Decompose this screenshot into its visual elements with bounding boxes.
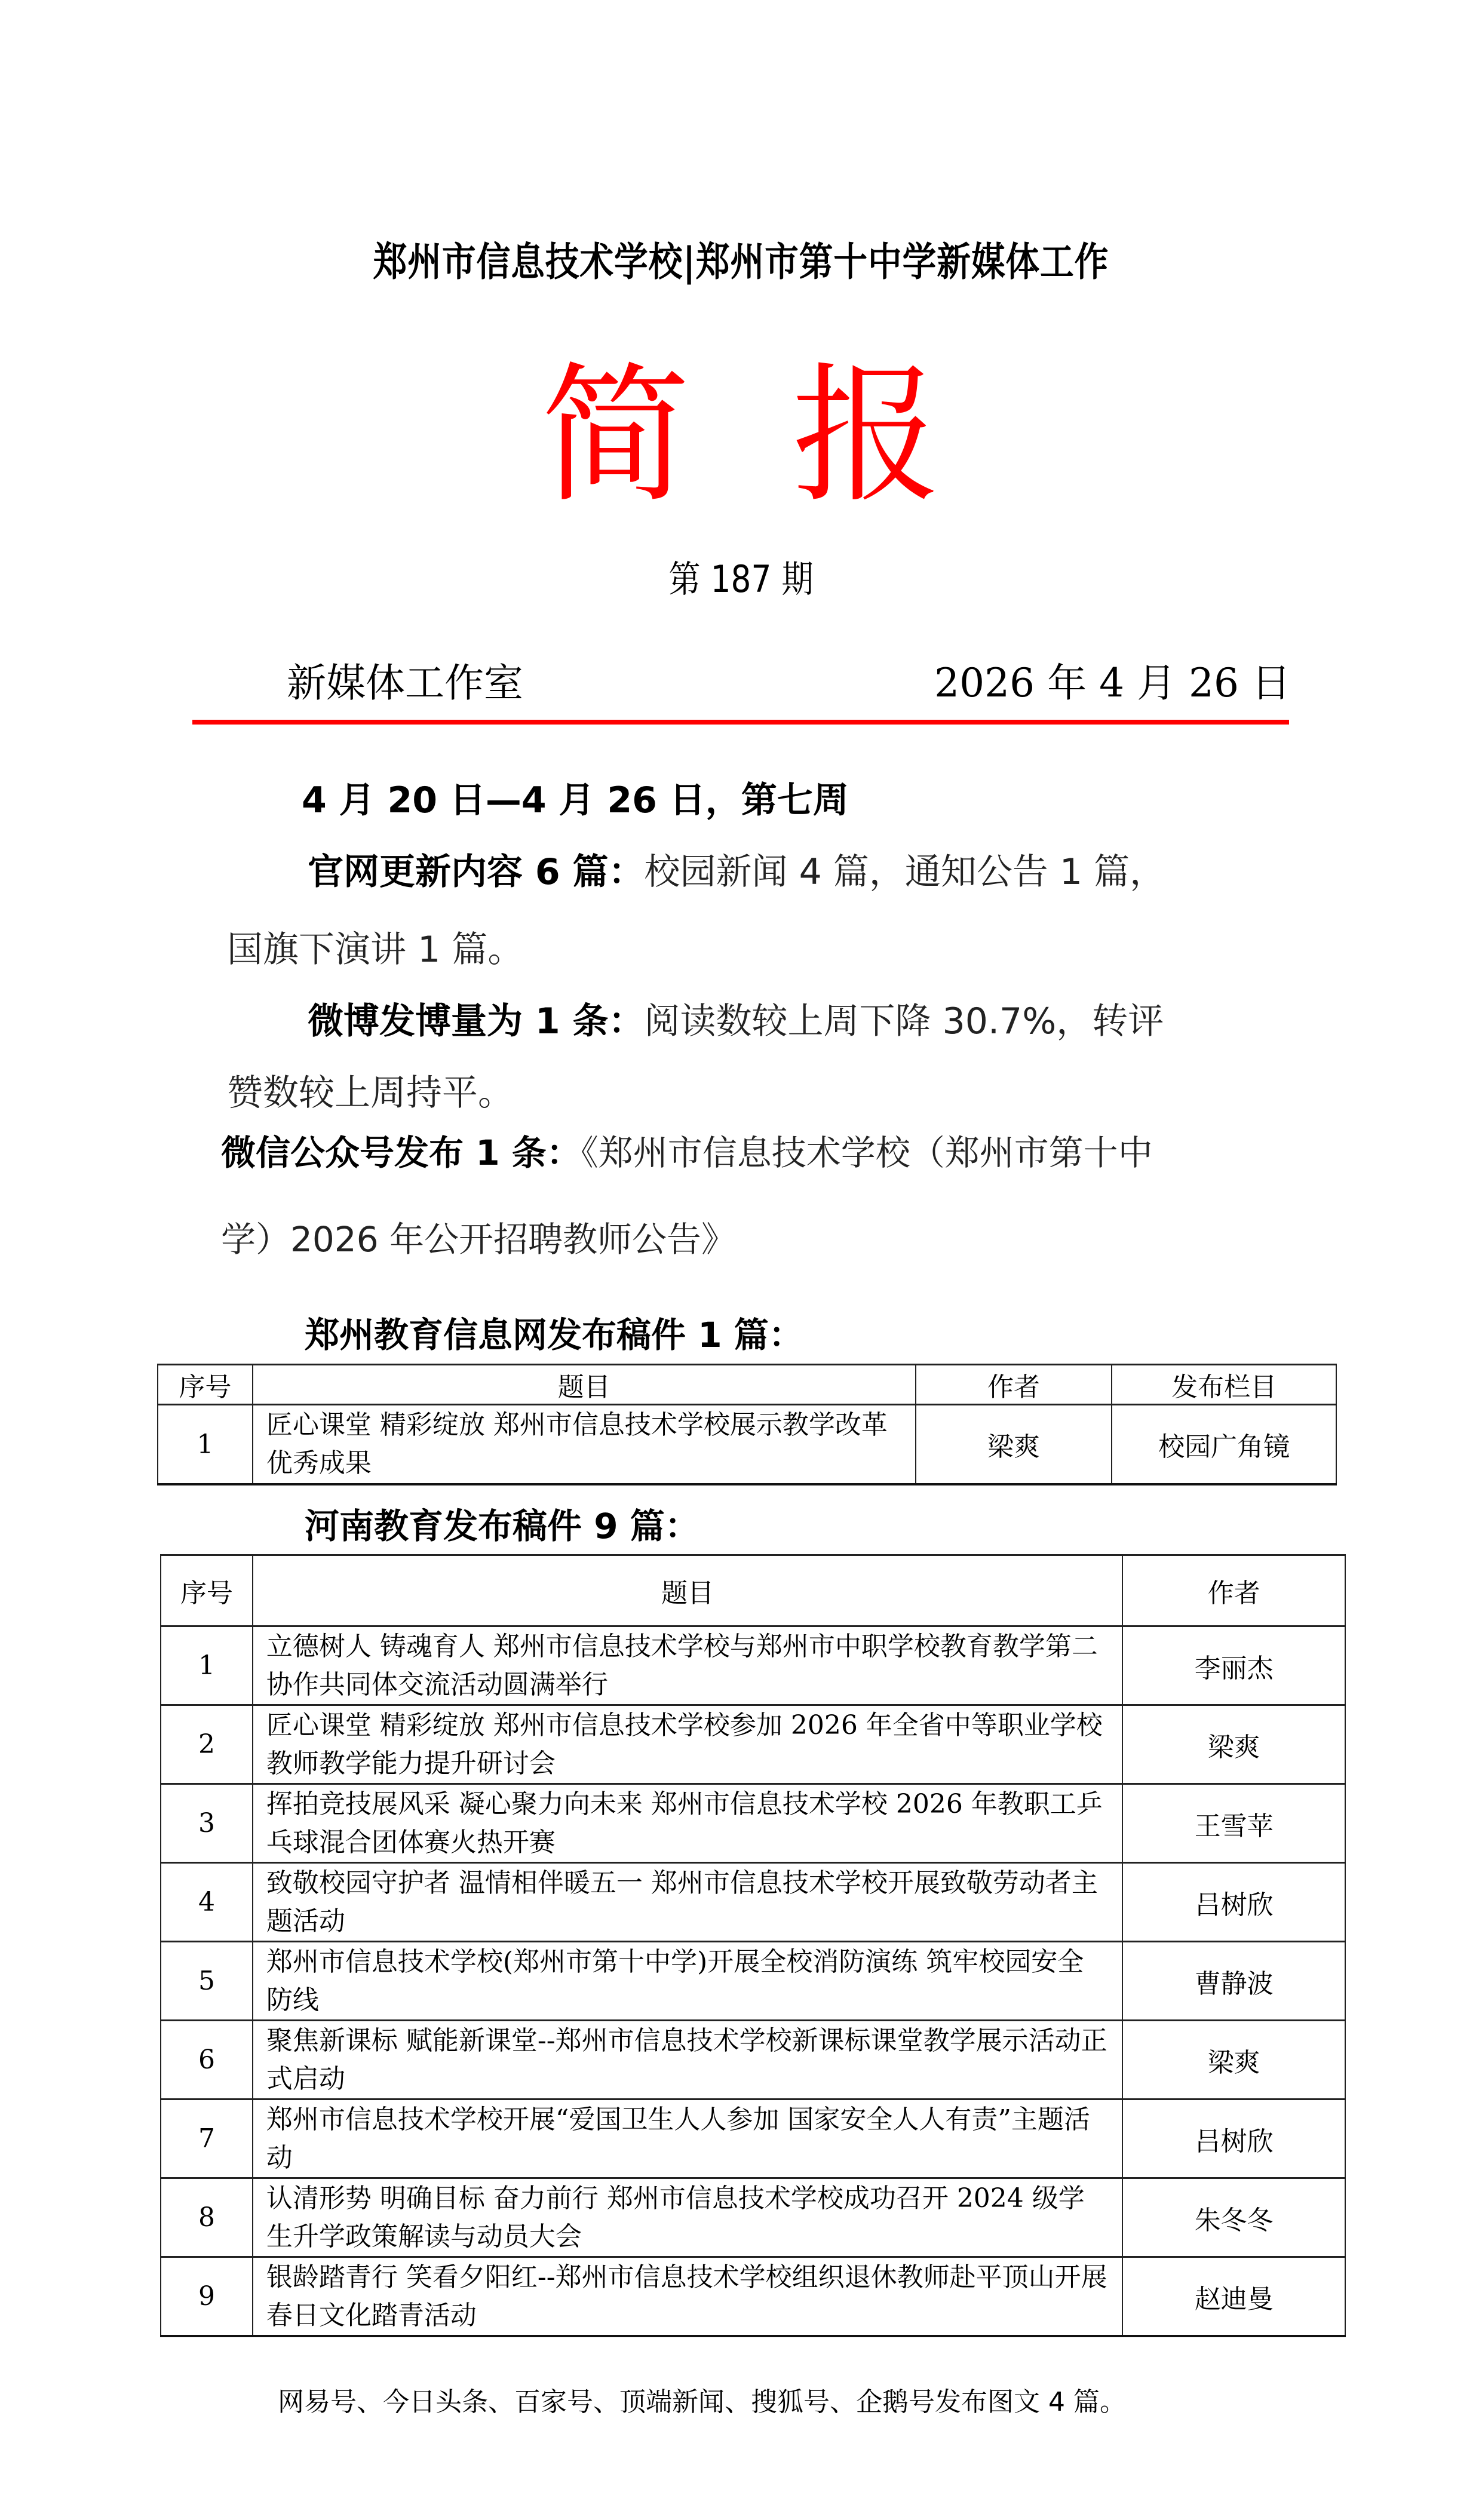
wechat-summary-line2: 学）2026 年公开招聘教师公告》	[221, 1221, 736, 1257]
article-title: 认清形势 明确目标 奋力前行 郑州市信息技术学校成功召开 2024 级学生升学政…	[253, 2178, 1123, 2257]
table-row: 6 聚焦新课标 赋能新课堂--郑州市信息技术学校新课标课堂教学展示活动正式启动 …	[161, 2021, 1345, 2100]
bulletin-title: 简报	[0, 346, 1482, 526]
table-row: 3 挥拍竞技展风采 凝心聚力向未来 郑州市信息技术学校 2026 年教职工乒乓球…	[161, 1784, 1345, 1863]
table-row: 2 匠心课堂 精彩绽放 郑州市信息技术学校参加 2026 年全省中等职业学校教师…	[161, 1705, 1345, 1784]
table-row: 9 银龄踏青行 笑看夕阳红--郑州市信息技术学校组织退休教师赴平顶山开展春日文化…	[161, 2257, 1345, 2337]
column-header: 作者	[916, 1365, 1112, 1405]
row-number: 6	[161, 2021, 253, 2100]
row-number: 4	[161, 1863, 253, 1942]
red-divider	[192, 720, 1289, 725]
website-summary-line2: 国旗下演讲 1 篇。	[227, 932, 523, 968]
row-number: 1	[161, 1626, 253, 1705]
zhengzhou-articles-table: 序号 题目 作者 发布栏目 1 匠心课堂 精彩绽放 郑州市信息技术学校展示教学改…	[157, 1364, 1337, 1485]
column-header: 作者	[1122, 1555, 1345, 1626]
article-author: 吕树欣	[1122, 1863, 1345, 1942]
org-title: 郑州市信息技术学校|郑州市第十中学新媒体工作	[104, 230, 1379, 287]
article-author: 梁爽	[1122, 1705, 1345, 1784]
article-title: 挥拍竞技展风采 凝心聚力向未来 郑州市信息技术学校 2026 年教职工乒乓球混合…	[253, 1784, 1123, 1863]
office-name: 新媒体工作室	[287, 651, 523, 708]
article-author: 曹静波	[1122, 1942, 1345, 2021]
row-number: 7	[161, 2100, 253, 2178]
row-number: 8	[161, 2178, 253, 2257]
publish-date: 2026 年 4 月 26 日	[934, 651, 1291, 708]
article-author: 梁爽	[1122, 2021, 1345, 2100]
website-detail: 校园新闻 4 篇，通知公告 1 篇，	[645, 851, 1166, 893]
article-author: 王雪苹	[1122, 1784, 1345, 1863]
article-title: 致敬校园守护者 温情相伴暖五一 郑州市信息技术学校开展致敬劳动者主题活动	[253, 1863, 1123, 1942]
article-title: 立德树人 铸魂育人 郑州市信息技术学校与郑州市中职学校教育教学第二协作共同体交流…	[253, 1626, 1123, 1705]
article-author: 赵迪曼	[1122, 2257, 1345, 2337]
weibo-label: 微博发博量为 1 条：	[308, 1000, 645, 1042]
table-row: 7 郑州市信息技术学校开展“爱国卫生人人参加 国家安全人人有责”主题活动 吕树欣	[161, 2100, 1345, 2178]
article-title: 郑州市信息技术学校(郑州市第十中学)开展全校消防演练 筑牢校园安全防线	[253, 1942, 1123, 2021]
column-header: 题目	[253, 1365, 916, 1405]
weibo-summary-line1: 微博发博量为 1 条：阅读数较上周下降 30.7%，转评	[308, 1003, 1164, 1039]
row-number: 2	[161, 1705, 253, 1784]
article-title: 郑州市信息技术学校开展“爱国卫生人人参加 国家安全人人有责”主题活动	[253, 2100, 1123, 2178]
table-header-row: 序号 题目 作者 发布栏目	[158, 1365, 1336, 1405]
table-row: 1 匠心课堂 精彩绽放 郑州市信息技术学校展示教学改革优秀成果 梁爽 校园广角镜	[158, 1405, 1336, 1485]
article-title: 聚焦新课标 赋能新课堂--郑州市信息技术学校新课标课堂教学展示活动正式启动	[253, 2021, 1123, 2100]
column-header: 题目	[253, 1555, 1123, 1626]
henan-articles-table: 序号 题目 作者 1 立德树人 铸魂育人 郑州市信息技术学校与郑州市中职学校教育…	[160, 1554, 1346, 2337]
issue-number: 第 187 期	[104, 550, 1379, 603]
row-number: 3	[161, 1784, 253, 1863]
article-title: 匠心课堂 精彩绽放 郑州市信息技术学校展示教学改革优秀成果	[253, 1405, 916, 1485]
article-title: 银龄踏青行 笑看夕阳红--郑州市信息技术学校组织退休教师赴平顶山开展春日文化踏青…	[253, 2257, 1123, 2337]
table-header-row: 序号 题目 作者	[161, 1555, 1345, 1626]
table-row: 5 郑州市信息技术学校(郑州市第十中学)开展全校消防演练 筑牢校园安全防线 曹静…	[161, 1942, 1345, 2021]
article-column: 校园广角镜	[1112, 1405, 1336, 1485]
column-header: 序号	[158, 1365, 253, 1405]
zhengzhou-table-heading: 郑州教育信息网发布稿件 1 篇：	[305, 1317, 803, 1353]
wechat-summary-line1: 微信公众号发布 1 条：《郑州市信息技术学校（郑州市第十中	[221, 1135, 1153, 1171]
footer-note: 网易号、今日头条、百家号、顶端新闻、搜狐号、企鹅号发布图文 4 篇。	[278, 2380, 1126, 2418]
wechat-detail: 《郑州市信息技术学校（郑州市第十中	[581, 1132, 1153, 1173]
article-author: 李丽杰	[1122, 1626, 1345, 1705]
wechat-label: 微信公众号发布 1 条：	[221, 1132, 581, 1173]
weibo-detail: 阅读数较上周下降 30.7%，转评	[645, 1000, 1164, 1042]
table-row: 1 立德树人 铸魂育人 郑州市信息技术学校与郑州市中职学校教育教学第二协作共同体…	[161, 1626, 1345, 1705]
column-header: 序号	[161, 1555, 253, 1626]
row-number: 9	[161, 2257, 253, 2337]
article-author: 吕树欣	[1122, 2100, 1345, 2178]
column-header: 发布栏目	[1112, 1365, 1336, 1405]
week-range: 4 月 20 日—4 月 26 日，第七周	[302, 782, 849, 818]
table-row: 8 认清形势 明确目标 奋力前行 郑州市信息技术学校成功召开 2024 级学生升…	[161, 2178, 1345, 2257]
table-row: 4 致敬校园守护者 温情相伴暖五一 郑州市信息技术学校开展致敬劳动者主题活动 吕…	[161, 1863, 1345, 1942]
henan-table-heading: 河南教育发布稿件 9 篇：	[305, 1508, 699, 1544]
row-number: 5	[161, 1942, 253, 2021]
article-author: 朱冬冬	[1122, 2178, 1345, 2257]
article-title: 匠心课堂 精彩绽放 郑州市信息技术学校参加 2026 年全省中等职业学校教师教学…	[253, 1705, 1123, 1784]
weibo-summary-line2: 赞数较上周持平。	[227, 1075, 514, 1111]
row-number: 1	[158, 1405, 253, 1485]
article-author: 梁爽	[916, 1405, 1112, 1485]
website-summary-line1: 官网更新内容 6 篇：校园新闻 4 篇，通知公告 1 篇，	[308, 854, 1165, 890]
website-label: 官网更新内容 6 篇：	[308, 851, 645, 893]
